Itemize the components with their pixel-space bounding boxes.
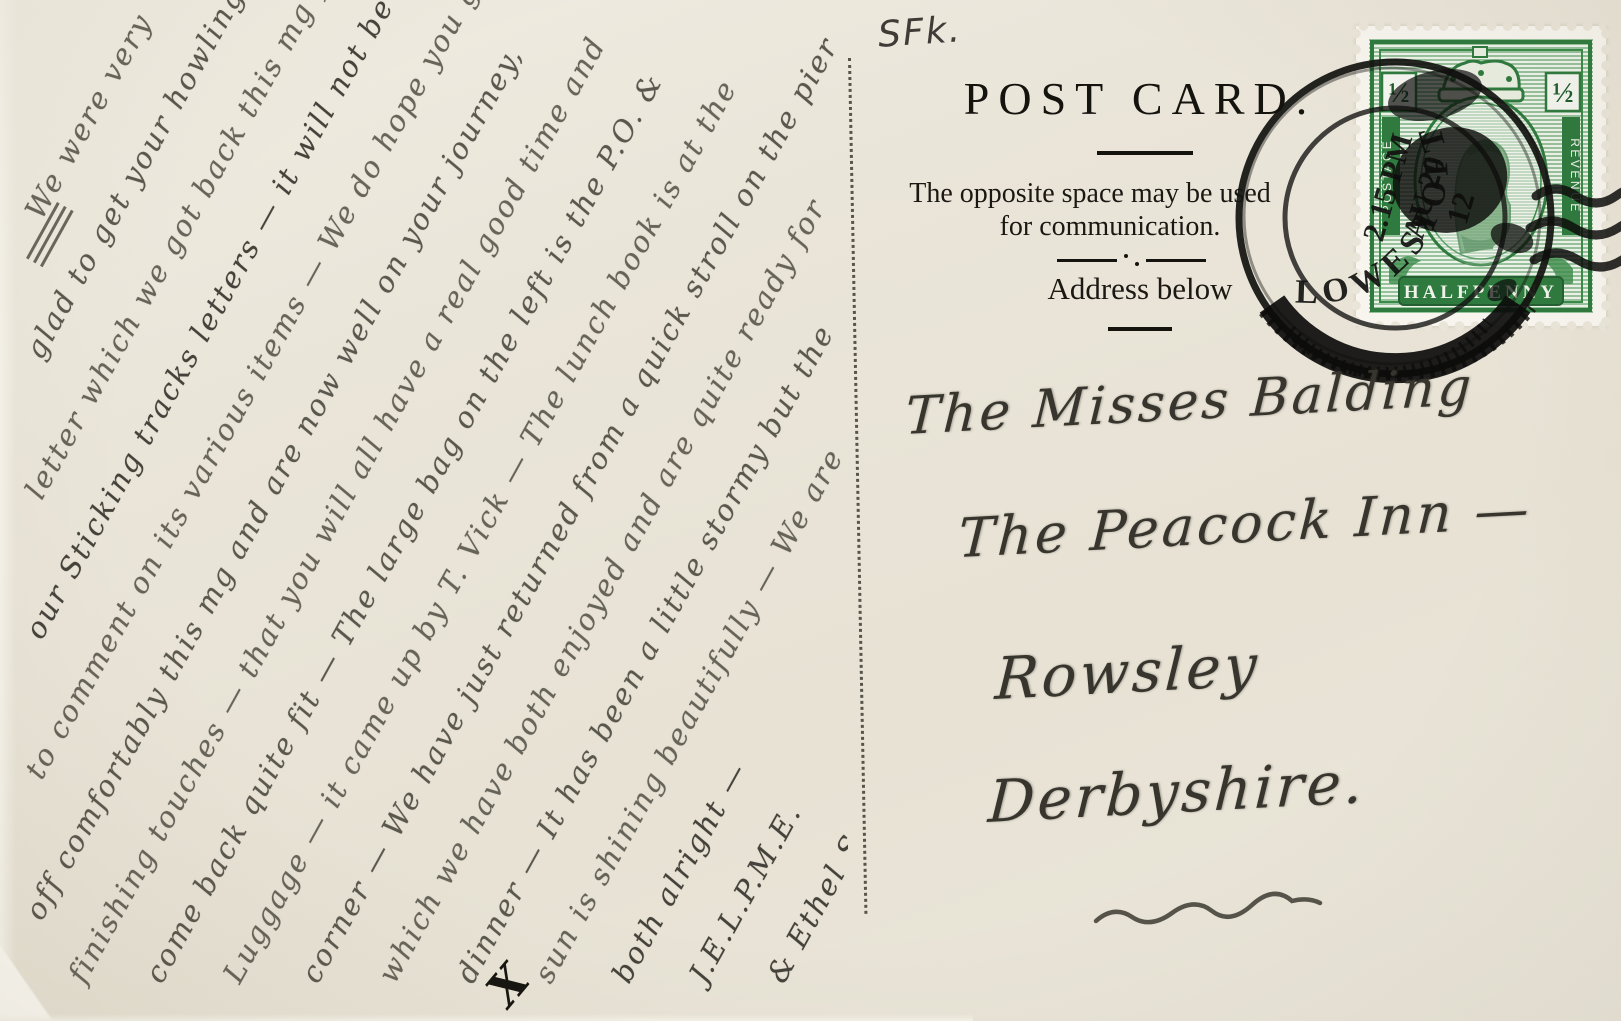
title-rule (1097, 151, 1193, 155)
message-line: Luggage — it came up by T. Vick — The lu… (216, 73, 744, 988)
stamp-perforation (1599, 26, 1613, 326)
stamp-ribbon-left: POSTAGE (1380, 139, 1394, 214)
king-profile-portrait (1429, 127, 1533, 267)
ornament-dot (1135, 262, 1139, 266)
instruction-line-2: for communication. (900, 211, 1320, 243)
address-label-rule (1108, 327, 1172, 331)
message-line: come back quite fit — The large bag on t… (138, 66, 670, 988)
stamp-perforation (1349, 26, 1363, 326)
stamp-ribbon-right: REVENUE (1568, 138, 1582, 214)
stamp-denomination-right: ½ (1553, 78, 1574, 109)
ornament-dash (1146, 259, 1206, 262)
address-flourish (1090, 885, 1350, 935)
stamp-denomination-left: ½ (1389, 78, 1410, 109)
address-below-label: Address below (940, 271, 1340, 307)
address-line-town: Rowsley (993, 631, 1261, 713)
pencil-note: SFk. (877, 9, 964, 56)
centre-divider-dotted-line (848, 58, 867, 914)
stamp-perforation (1356, 19, 1606, 33)
handwritten-message: We were very glad to get your howling lo… (0, 0, 848, 1021)
address-line-recipient: The Misses Balding (904, 357, 1476, 447)
address-line-county: Derbyshire. (986, 748, 1367, 836)
ornamental-divider (1057, 254, 1223, 266)
instruction-line-1: The opposite space may be used (880, 178, 1300, 210)
postage-stamp: ½ ½ POSTAGE REVENUE HALFPENNY (1356, 26, 1606, 326)
ornament-dash (1057, 259, 1117, 262)
ornament-dot (1124, 254, 1128, 258)
stamp-engraving: ½ ½ POSTAGE REVENUE HALFPENNY (1369, 39, 1593, 313)
address-line-place: The Peacock Inn — (957, 477, 1533, 570)
postcard-title: POST CARD. (940, 72, 1340, 125)
stamp-perforation (1356, 319, 1606, 333)
stamp-tablet-label: HALFPENNY (1404, 282, 1558, 303)
postcard-scan: { "colors": { "paper": "#e9e4d8", "print… (0, 0, 1621, 1021)
